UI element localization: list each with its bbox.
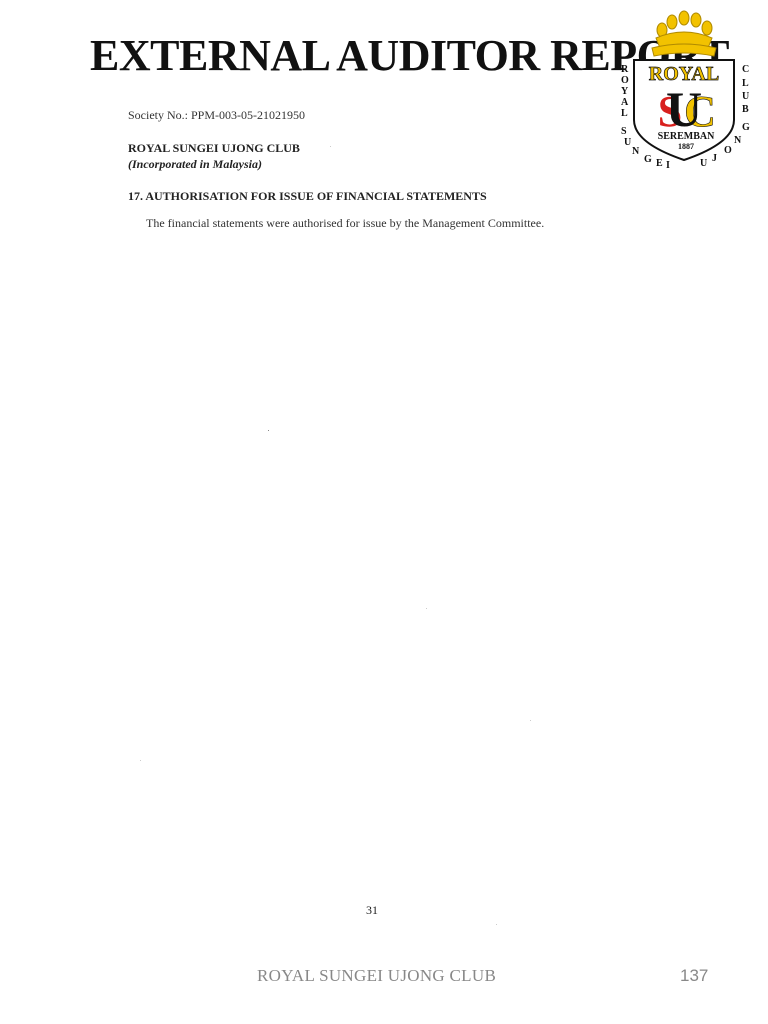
scan-speck <box>268 430 269 431</box>
club-name: ROYAL SUNGEI UJONG CLUB <box>128 141 300 156</box>
svg-text:U: U <box>742 91 749 102</box>
svg-text:J: J <box>712 153 717 164</box>
svg-text:1887: 1887 <box>678 142 694 151</box>
svg-text:R: R <box>621 64 629 75</box>
svg-text:U: U <box>700 158 707 168</box>
society-number: Society No.: PPM-003-05-21021950 <box>128 108 305 123</box>
svg-text:S: S <box>621 126 627 137</box>
svg-text:A: A <box>621 97 629 108</box>
scan-speck <box>140 760 141 761</box>
svg-text:E: E <box>656 158 663 168</box>
club-crest-logo: ROYAL S C U SEREMBAN 1887 ROYAL CLUB SUN… <box>612 8 762 168</box>
svg-text:U: U <box>666 81 702 137</box>
svg-text:I: I <box>666 160 670 168</box>
svg-text:N: N <box>734 135 742 146</box>
svg-text:N: N <box>632 146 640 157</box>
incorporation-note: (Incorporated in Malaysia) <box>128 157 262 172</box>
svg-text:Y: Y <box>621 86 629 97</box>
svg-text:G: G <box>742 122 750 133</box>
scan-speck <box>496 924 497 925</box>
scan-speck <box>330 146 331 147</box>
svg-text:C: C <box>742 64 749 75</box>
scan-speck <box>530 720 531 721</box>
section-heading: 17. AUTHORISATION FOR ISSUE OF FINANCIAL… <box>128 189 487 204</box>
section-body: The financial statements were authorised… <box>146 216 544 231</box>
svg-text:O: O <box>621 75 629 86</box>
scan-speck <box>426 608 427 609</box>
footer-page-number: 137 <box>680 966 708 986</box>
svg-text:O: O <box>724 145 732 156</box>
svg-text:SEREMBAN: SEREMBAN <box>658 131 715 142</box>
svg-text:L: L <box>742 78 749 89</box>
svg-text:G: G <box>644 154 652 165</box>
svg-text:B: B <box>742 104 749 115</box>
crest-icon: ROYAL S C U SEREMBAN 1887 ROYAL CLUB SUN… <box>612 8 762 168</box>
svg-text:U: U <box>624 137 631 148</box>
svg-text:L: L <box>621 108 628 119</box>
footer-club-name: ROYAL SUNGEI UJONG CLUB <box>257 966 496 986</box>
inner-page-number: 31 <box>366 903 378 918</box>
